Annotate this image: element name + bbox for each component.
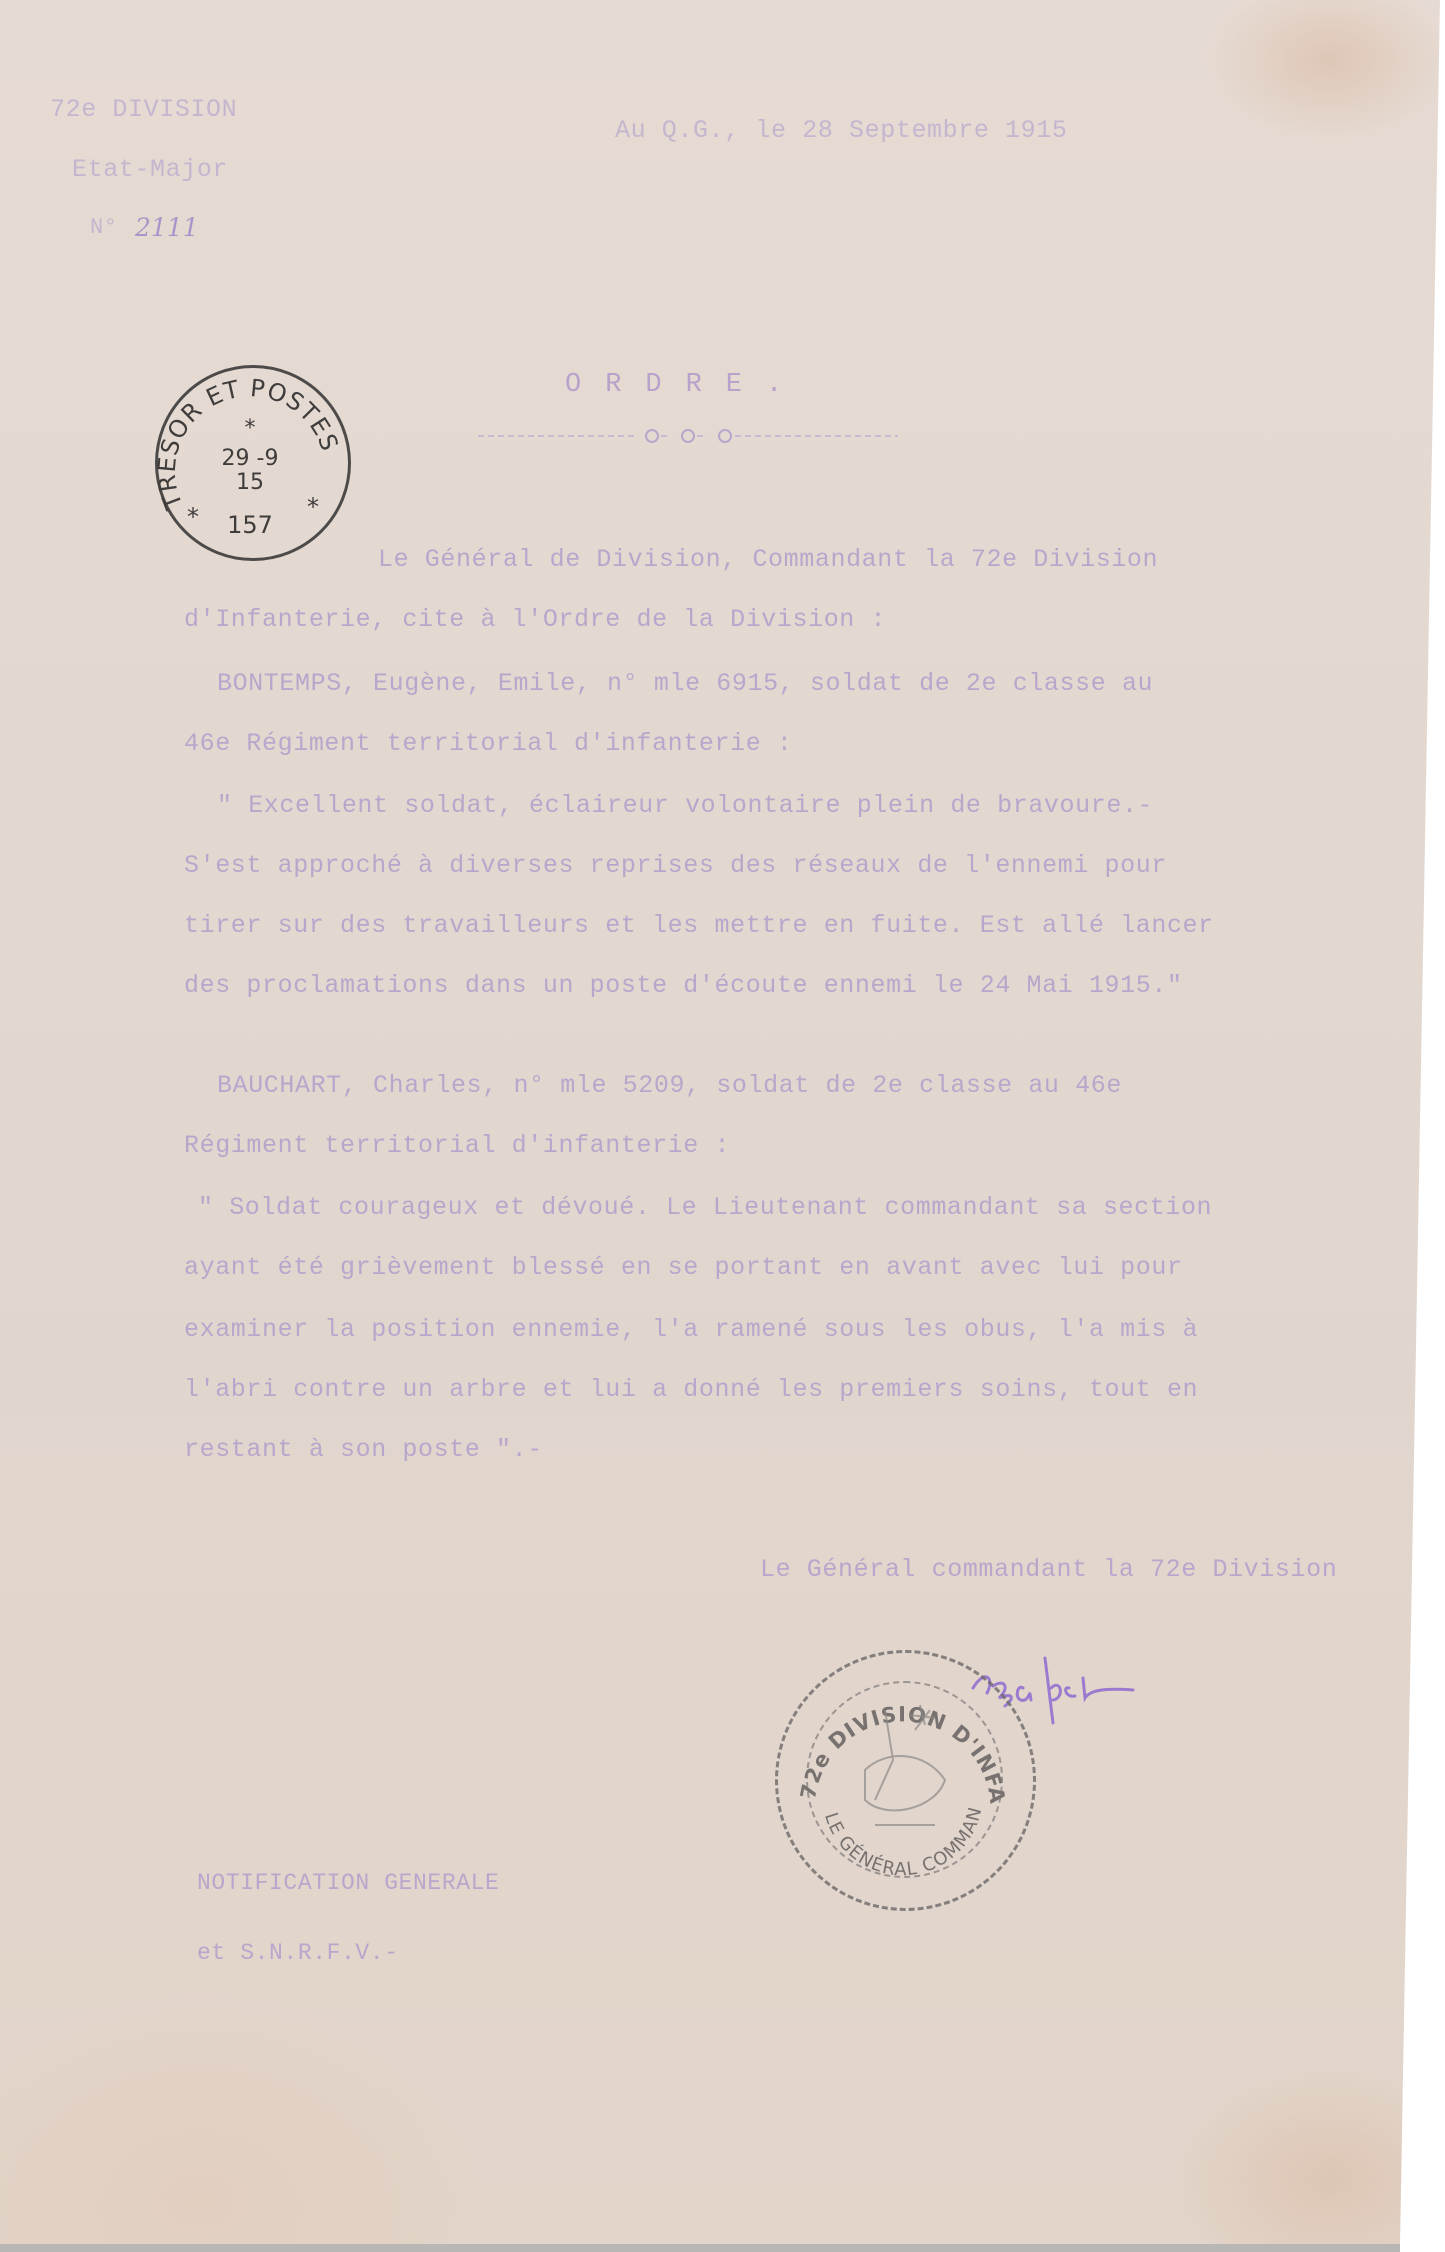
tresor-et-postes-postmark: TRESOR ET POSTES * 29 -9 15 157 * * [155, 365, 351, 561]
postmark-date-day-month: 29 -9 [222, 446, 279, 471]
citation-2-quote-4: l'abri contre un arbre et lui a donné le… [184, 1377, 1198, 1402]
signatory-title: Le Général commandant la 72e Division [760, 1557, 1337, 1582]
seal-ring-top-text: 72e DIVISION D'INFANTERIE [775, 1650, 1010, 1806]
citation-1-quote-1: " Excellent soldat, éclaireur volontaire… [217, 793, 1153, 818]
distribution-line-1: NOTIFICATION GENERALE [197, 1872, 499, 1895]
citation-2-quote-1: " Soldat courageux et dévoué. Le Lieuten… [198, 1195, 1212, 1220]
title-ornament [478, 428, 898, 444]
citation-1-header-2: 46e Régiment territorial d'infanterie : [184, 731, 793, 756]
division-seal-stamp: 72e DIVISION D'INFANTERIE LE GÉNÉRAL COM… [775, 1650, 1036, 1911]
citation-1-header-1: BONTEMPS, Eugène, Emile, n° mle 6915, so… [217, 671, 1153, 696]
place-date: Au Q.G., le 28 Septembre 1915 [615, 118, 1067, 143]
document-title: ORDRE. [565, 370, 806, 400]
citation-1-quote-3: tirer sur des travailleurs et les mettre… [184, 913, 1214, 938]
handwritten-order-number: 2111 [135, 213, 199, 242]
svg-text:72e DIVISION D'INFANTERIE: 72e DIVISION D'INFANTERIE [775, 1650, 1010, 1806]
citation-2-quote-5: restant à son poste ".- [184, 1437, 543, 1462]
etat-major-label: Etat-Major [72, 157, 228, 182]
number-prefix: N° [90, 217, 118, 239]
postmark-star-left: * [187, 503, 199, 531]
division-header: 72e DIVISION [50, 97, 237, 122]
postmark-date-year: 15 [236, 470, 264, 495]
intro-line-1: Le Général de Division, Commandant la 72… [378, 547, 1158, 572]
citation-1-quote-4: des proclamations dans un poste d'écoute… [184, 973, 1183, 998]
document-page: 72e DIVISION Etat-Major N° 2111 Au Q.G.,… [0, 0, 1445, 2252]
citation-2-quote-2: ayant été grièvement blessé en se portan… [184, 1255, 1183, 1280]
citation-1-quote-2: S'est approché à diverses reprises des r… [184, 853, 1167, 878]
citation-2-quote-3: examiner la position ennemie, l'a ramené… [184, 1317, 1198, 1342]
postmark-star-top: * [245, 416, 256, 441]
postmark-office-number: 157 [227, 511, 273, 539]
distribution-line-2: et S.N.R.F.V.- [197, 1942, 399, 1965]
intro-line-2: d'Infanterie, cite à l'Ordre de la Divis… [184, 607, 886, 632]
citation-2-header-1: BAUCHART, Charles, n° mle 5209, soldat d… [217, 1073, 1122, 1098]
page-bottom-shadow [0, 2244, 1400, 2252]
postmark-star-right: * [307, 493, 319, 521]
citation-2-header-2: Régiment territorial d'infanterie : [184, 1133, 730, 1158]
